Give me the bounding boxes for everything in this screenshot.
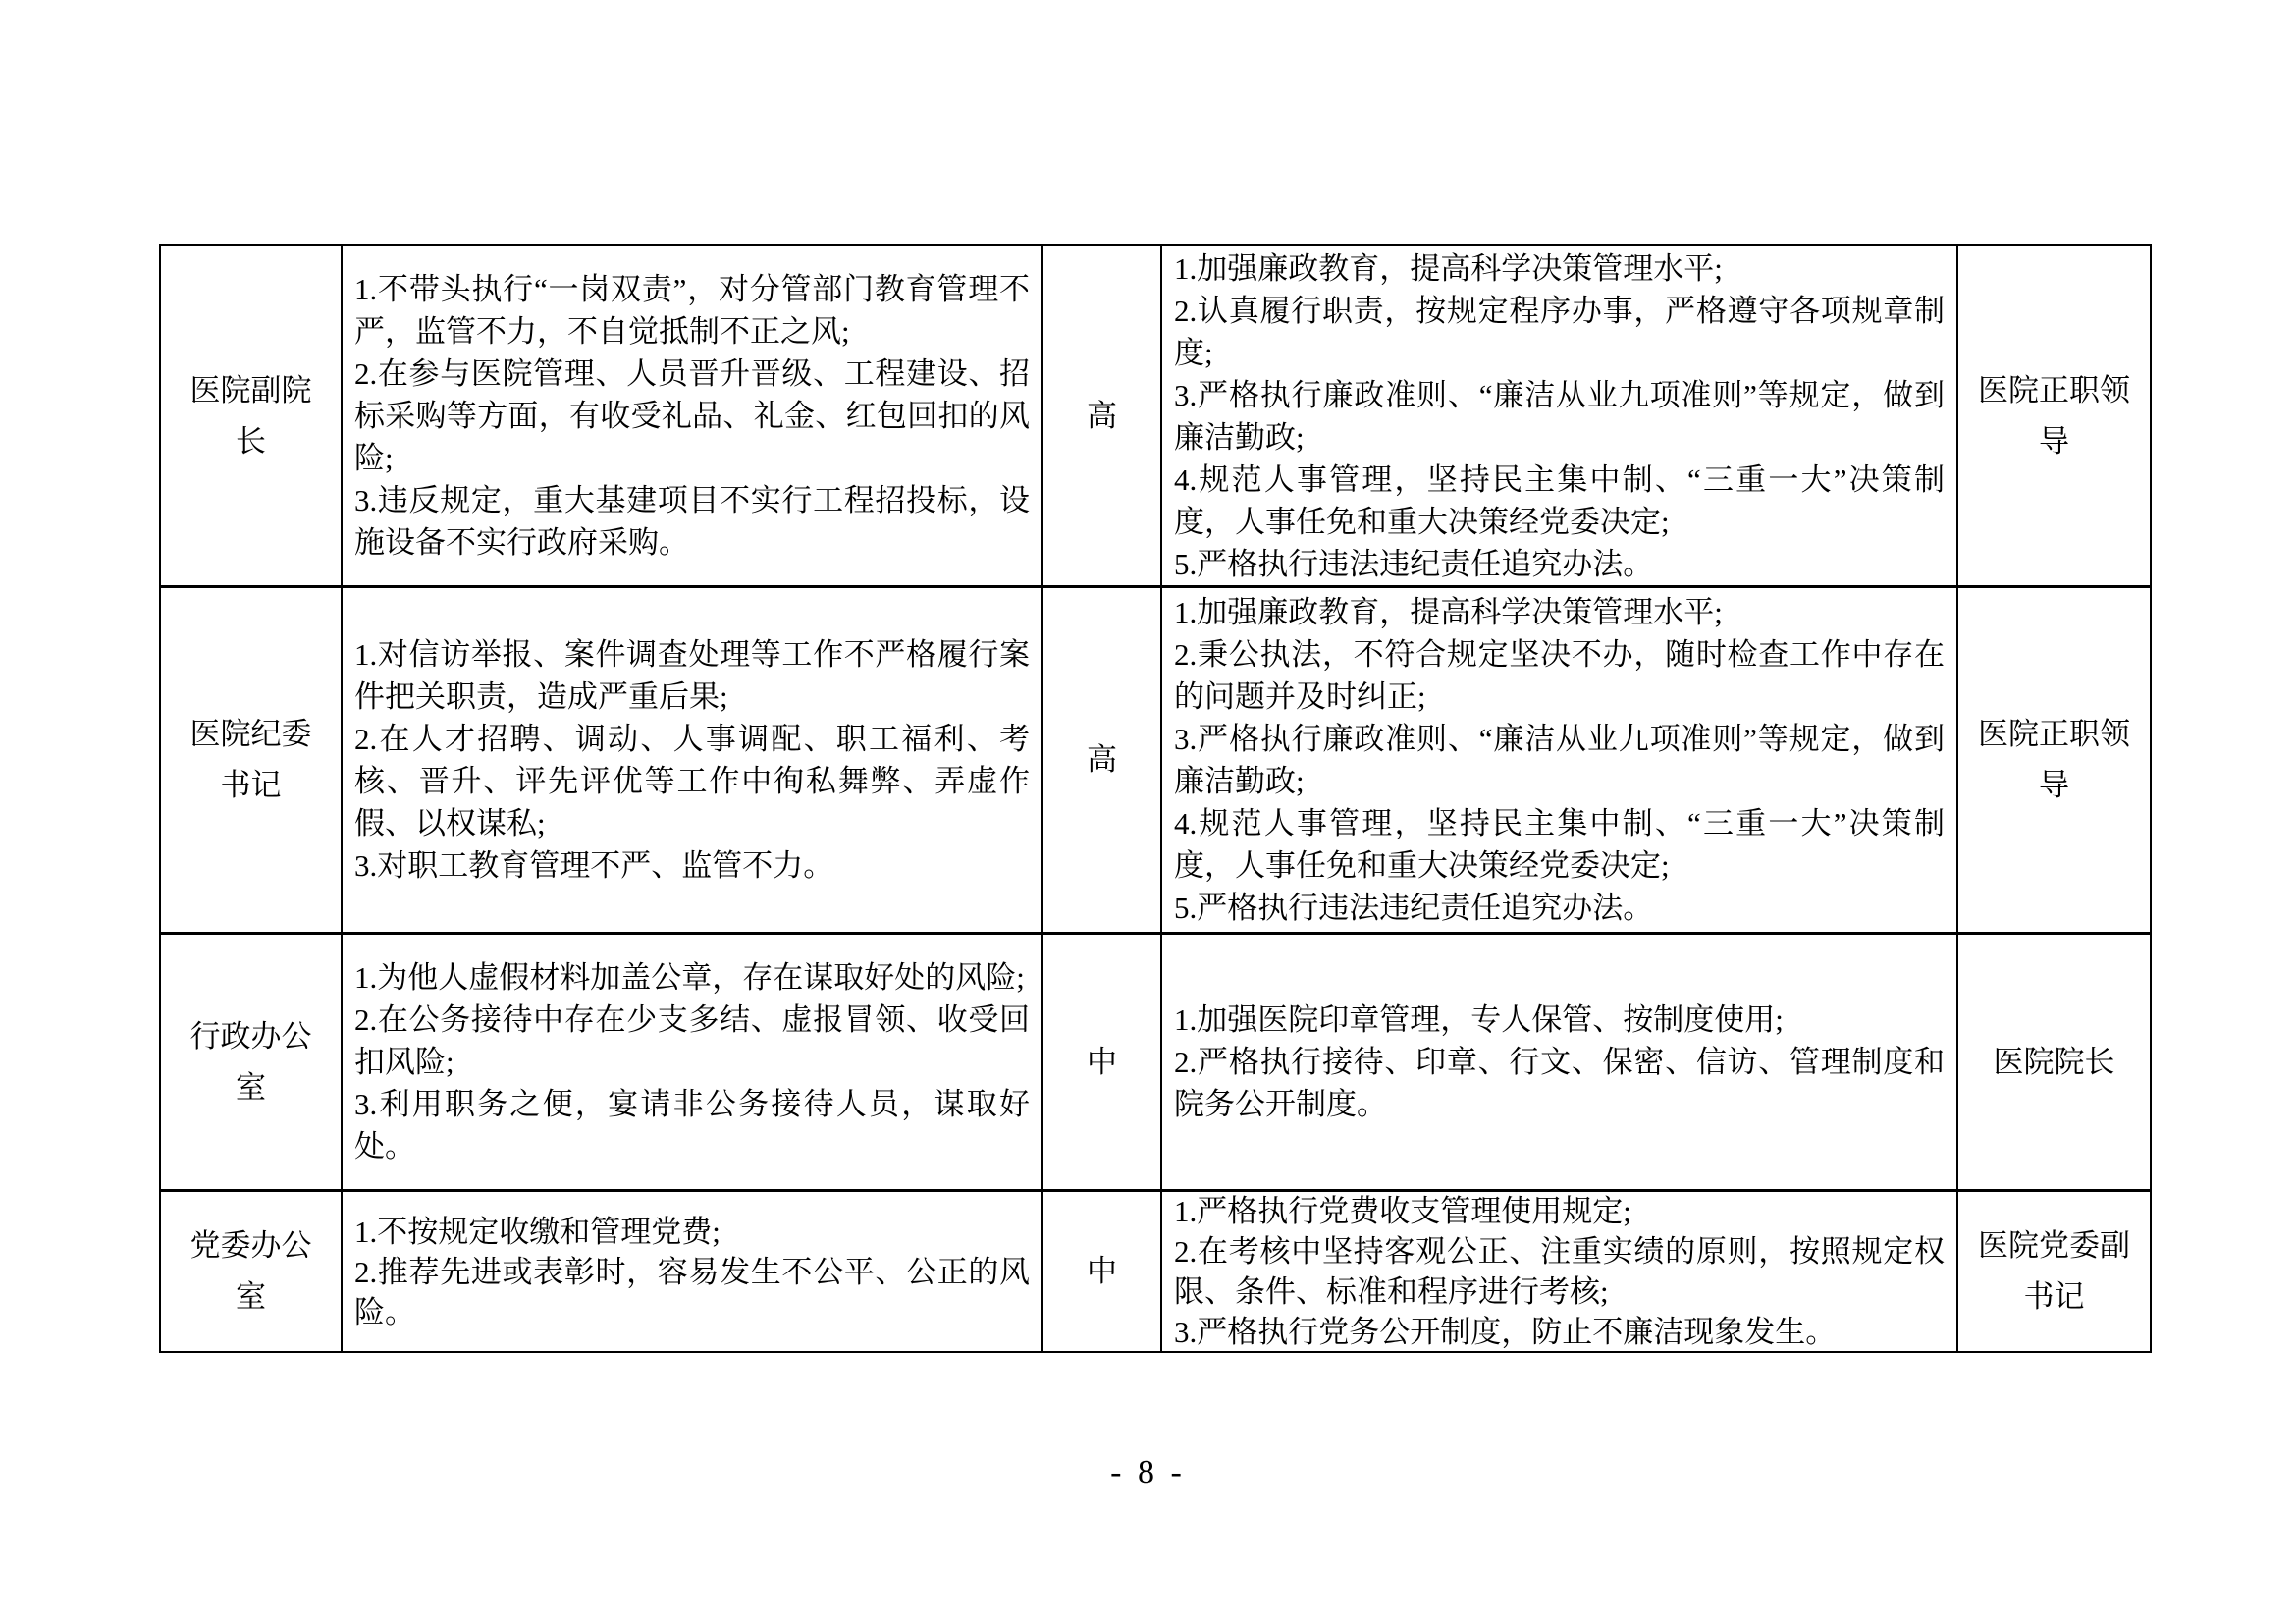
department-label: 行政办公室	[185, 1011, 317, 1113]
measure-item: 1.严格执行党费收支管理使用规定;	[1174, 1192, 1945, 1231]
measure-item: 2.认真履行职责，按规定程序办事，严格遵守各项规章制度;	[1174, 290, 1945, 374]
measure-item: 2.秉公执法，不符合规定坚决不办，随时检查工作中存在的问题并及时纠正;	[1174, 633, 1945, 718]
risk-item: 3.对职工教育管理不严、监管不力。	[354, 844, 1030, 887]
responsible-label: 医院正职领导	[1976, 365, 2132, 467]
cell-responsible: 医院党委副书记	[1958, 1192, 2150, 1351]
risk-level-label: 高	[1087, 734, 1117, 785]
cell-risk-level: 高	[1043, 588, 1162, 935]
risk-table: 医院副院长 1.不带头执行“一岗双责”，对分管部门教育管理不严，监管不力，不自觉…	[159, 244, 2152, 1353]
risk-level-label: 中	[1087, 1037, 1117, 1088]
cell-risks: 1.为他人虚假材料加盖公章，存在谋取好处的风险;2.在公务接待中存在少支多结、虚…	[343, 935, 1043, 1192]
department-label: 医院纪委书记	[185, 709, 317, 811]
department-label: 医院副院长	[185, 365, 317, 467]
risk-item: 1.不带头执行“一岗双责”，对分管部门教育管理不严，监管不力，不自觉抵制不正之风…	[354, 268, 1030, 352]
risk-level-label: 高	[1087, 391, 1117, 442]
document-page: 医院副院长 1.不带头执行“一岗双责”，对分管部门教育管理不严，监管不力，不自觉…	[0, 0, 2296, 1624]
responsible-label: 医院党委副书记	[1976, 1220, 2132, 1323]
cell-measures: 1.严格执行党费收支管理使用规定;2.在考核中坚持客观公正、注重实绩的原则，按照…	[1162, 1192, 1958, 1351]
responsible-label: 医院院长	[1994, 1037, 2115, 1088]
responsible-label: 医院正职领导	[1976, 709, 2132, 811]
cell-department: 党委办公室	[161, 1192, 343, 1351]
cell-risks: 1.不带头执行“一岗双责”，对分管部门教育管理不严，监管不力，不自觉抵制不正之风…	[343, 246, 1043, 588]
cell-department: 医院副院长	[161, 246, 343, 588]
measure-item: 4.规范人事管理，坚持民主集中制、“三重一大”决策制度，人事任免和重大决策经党委…	[1174, 802, 1945, 887]
measure-item: 4.规范人事管理，坚持民主集中制、“三重一大”决策制度，人事任免和重大决策经党委…	[1174, 459, 1945, 543]
cell-measures: 1.加强医院印章管理，专人保管、按制度使用;2.严格执行接待、印章、行文、保密、…	[1162, 935, 1958, 1192]
cell-risks: 1.不按规定收缴和管理党费;2.推荐先进或表彰时，容易发生不公平、公正的风险。	[343, 1192, 1043, 1351]
risk-item: 3.违反规定，重大基建项目不实行工程招投标，设施设备不实行政府采购。	[354, 479, 1030, 564]
cell-department: 行政办公室	[161, 935, 343, 1192]
cell-responsible: 医院院长	[1958, 935, 2150, 1192]
measure-item: 1.加强廉政教育，提高科学决策管理水平;	[1174, 247, 1945, 290]
measure-item: 3.严格执行廉政准则、“廉洁从业九项准则”等规定，做到廉洁勤政;	[1174, 718, 1945, 802]
risk-item: 2.在公务接待中存在少支多结、虚报冒领、收受回扣风险;	[354, 999, 1030, 1083]
risk-item: 2.推荐先进或表彰时，容易发生不公平、公正的风险。	[354, 1252, 1030, 1332]
cell-measures: 1.加强廉政教育，提高科学决策管理水平;2.秉公执法，不符合规定坚决不办，随时检…	[1162, 588, 1958, 935]
measure-item: 5.严格执行违法违纪责任追究办法。	[1174, 887, 1945, 929]
risk-item: 1.对信访举报、案件调查处理等工作不严格履行案件把关职责，造成严重后果;	[354, 633, 1030, 718]
cell-responsible: 医院正职领导	[1958, 246, 2150, 588]
department-label: 党委办公室	[185, 1220, 317, 1323]
risk-item: 2.在人才招聘、调动、人事调配、职工福利、考核、晋升、评先评优等工作中徇私舞弊、…	[354, 718, 1030, 844]
cell-responsible: 医院正职领导	[1958, 588, 2150, 935]
measure-item: 5.严格执行违法违纪责任追究办法。	[1174, 543, 1945, 585]
measure-item: 2.在考核中坚持客观公正、注重实绩的原则，按照规定权限、条件、标准和程序进行考核…	[1174, 1231, 1945, 1312]
page-number: - 8 -	[0, 1454, 2296, 1491]
cell-risk-level: 中	[1043, 935, 1162, 1192]
cell-department: 医院纪委书记	[161, 588, 343, 935]
cell-risks: 1.对信访举报、案件调查处理等工作不严格履行案件把关职责，造成严重后果;2.在人…	[343, 588, 1043, 935]
risk-item: 2.在参与医院管理、人员晋升晋级、工程建设、招标采购等方面，有收受礼品、礼金、红…	[354, 352, 1030, 479]
risk-item: 3.利用职务之便，宴请非公务接待人员，谋取好处。	[354, 1083, 1030, 1167]
cell-risk-level: 中	[1043, 1192, 1162, 1351]
cell-measures: 1.加强廉政教育，提高科学决策管理水平;2.认真履行职责，按规定程序办事，严格遵…	[1162, 246, 1958, 588]
risk-item: 1.为他人虚假材料加盖公章，存在谋取好处的风险;	[354, 956, 1030, 999]
risk-level-label: 中	[1087, 1246, 1117, 1297]
cell-risk-level: 高	[1043, 246, 1162, 588]
measure-item: 1.加强医院印章管理，专人保管、按制度使用;	[1174, 999, 1945, 1041]
risk-item: 1.不按规定收缴和管理党费;	[354, 1212, 1030, 1252]
measure-item: 2.严格执行接待、印章、行文、保密、信访、管理制度和院务公开制度。	[1174, 1041, 1945, 1125]
measure-item: 1.加强廉政教育，提高科学决策管理水平;	[1174, 591, 1945, 633]
measure-item: 3.严格执行廉政准则、“廉洁从业九项准则”等规定，做到廉洁勤政;	[1174, 374, 1945, 459]
measure-item: 3.严格执行党务公开制度，防止不廉洁现象发生。	[1174, 1312, 1945, 1351]
